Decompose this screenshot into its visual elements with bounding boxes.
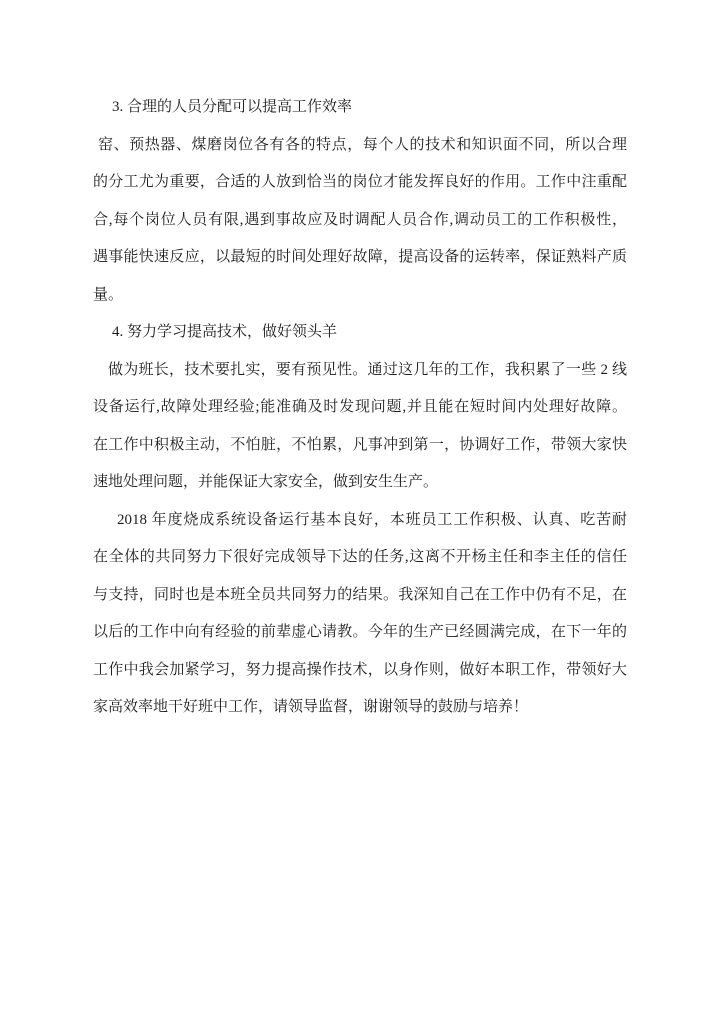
text-line: 3. 合理的人员分配可以提高工作效率 bbox=[93, 89, 627, 127]
text-line: 的分工尤为重要，合适的人放到恰当的岗位才能发挥良好的作用。工作中注重配 bbox=[93, 164, 627, 202]
text-line: 2018 年度烧成系统设备运行基本良好，本班员工工作积极、认真、吃苦耐劳。 bbox=[93, 502, 627, 540]
text-line: 以后的工作中向有经验的前辈虚心请教。今年的生产已经圆满完成，在下一年的 bbox=[93, 614, 627, 652]
text-line: 设备运行,故障处理经验;能准确及时发现问题,并且能在短时间内处理好故障。 bbox=[93, 389, 627, 427]
document-body: 3. 合理的人员分配可以提高工作效率窑、预热器、煤磨岗位各有各的特点，每个人的技… bbox=[93, 89, 627, 727]
document-page: 3. 合理的人员分配可以提高工作效率窑、预热器、煤磨岗位各有各的特点，每个人的技… bbox=[0, 0, 721, 1020]
text-line: 量。 bbox=[93, 277, 627, 315]
text-line: 遇事能快速反应，以最短的时间处理好故障，提高设备的运转率，保证熟料产质 bbox=[93, 239, 627, 277]
text-line: 工作中我会加紧学习，努力提高操作技术，以身作则，做好本职工作，带领好大 bbox=[93, 652, 627, 690]
text-line: 速地处理问题，并能保证大家安全，做到安生生产。 bbox=[93, 464, 627, 502]
text-line: 在全体的共同努力下很好完成领导下达的任务,这离不开杨主任和李主任的信任 bbox=[93, 539, 627, 577]
text-line: 家高效率地干好班中工作，请领导监督，谢谢领导的鼓励与培养！ bbox=[93, 689, 627, 727]
text-line: 做为班长，技术要扎实，要有预见性。通过这几年的工作，我积累了一些 2 线 bbox=[93, 352, 627, 390]
text-line: 与支持，同时也是本班全员共同努力的结果。我深知自己在工作中仍有不足，在 bbox=[93, 577, 627, 615]
text-line: 在工作中积极主动，不怕脏，不怕累，凡事冲到第一，协调好工作，带领大家快 bbox=[93, 427, 627, 465]
text-line: 合,每个岗位人员有限,遇到事故应及时调配人员合作,调动员工的工作积极性， bbox=[93, 202, 627, 240]
text-line: 窑、预热器、煤磨岗位各有各的特点，每个人的技术和知识面不同，所以合理 bbox=[93, 127, 627, 165]
text-line: 4. 努力学习提高技术，做好领头羊 bbox=[93, 314, 627, 352]
